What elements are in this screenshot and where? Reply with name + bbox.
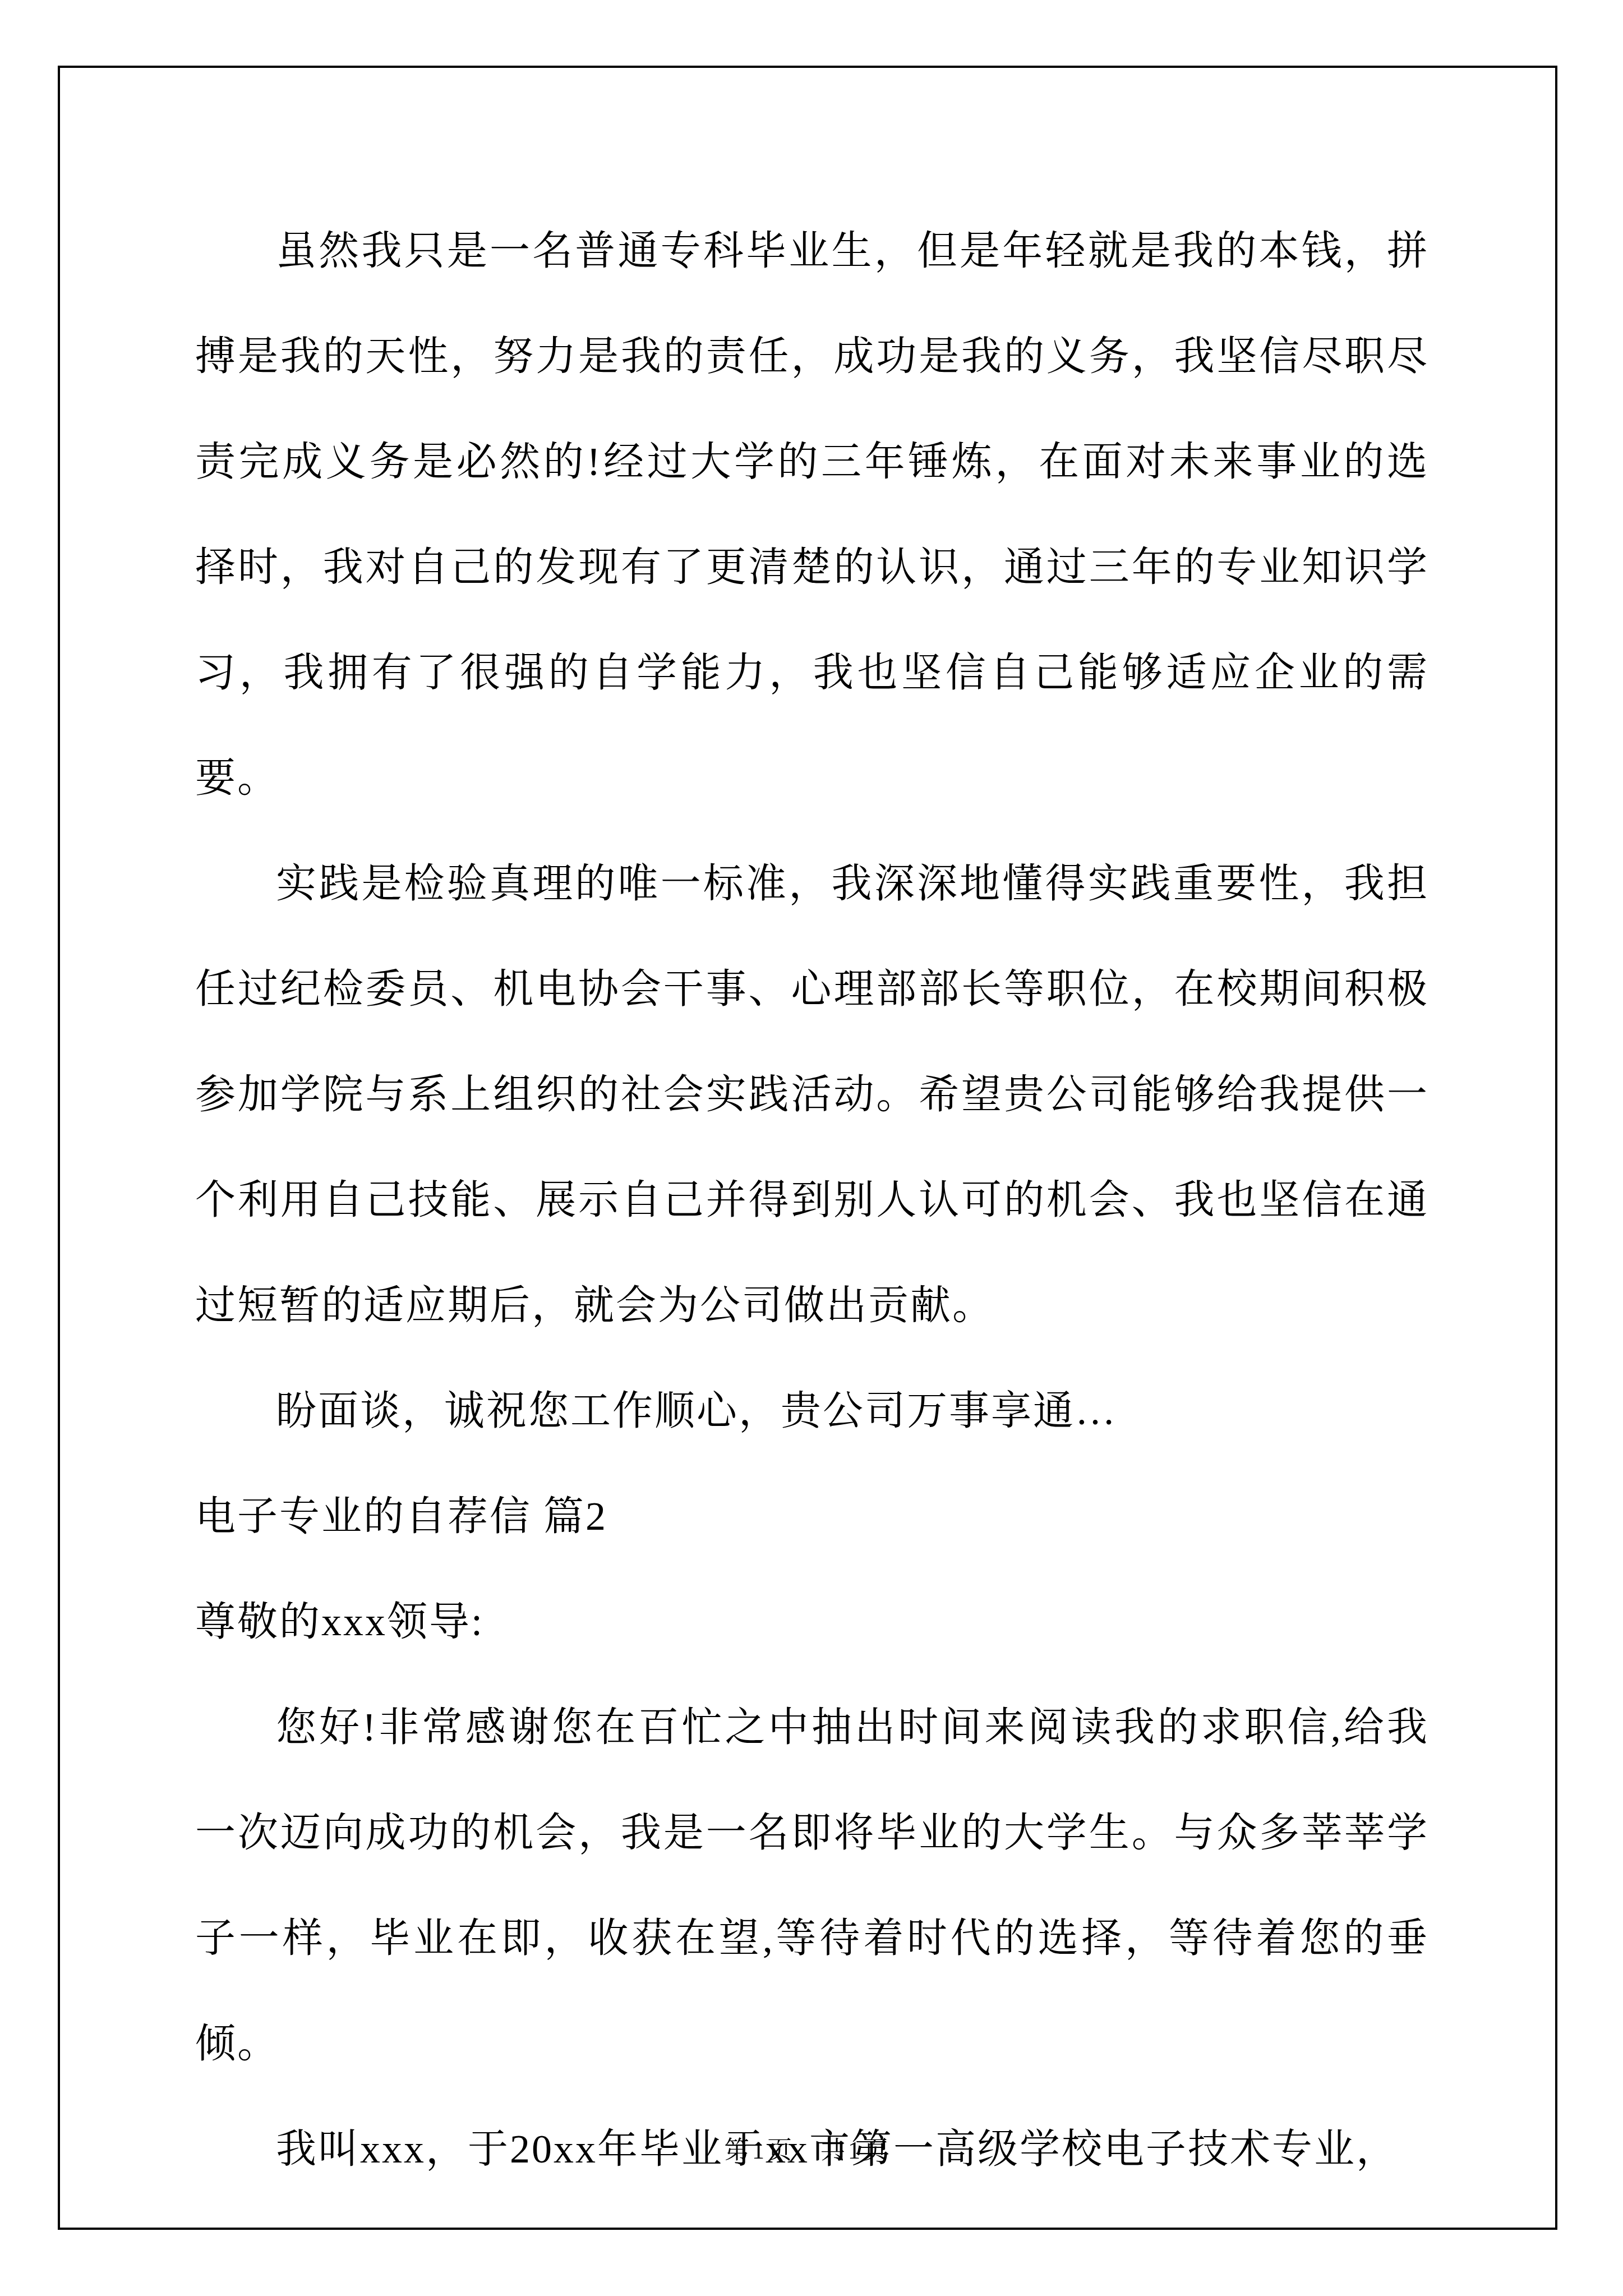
- page-number: 第1页: [725, 2137, 795, 2164]
- page-footer: 第1页共1页: [60, 2130, 1555, 2166]
- paragraph: 盼面谈，诚祝您工作顺心，贵公司万事享通…: [195, 1358, 1429, 1464]
- page-border-frame: 虽然我只是一名普通专科毕业生，但是年轻就是我的本钱，拼搏是我的天性，努力是我的责…: [58, 66, 1557, 2230]
- page: 虽然我只是一名普通专科毕业生，但是年轻就是我的本钱，拼搏是我的天性，努力是我的责…: [0, 0, 1623, 2296]
- paragraph: 虽然我只是一名普通专科毕业生，但是年轻就是我的本钱，拼搏是我的天性，努力是我的责…: [195, 198, 1429, 831]
- document-body: 虽然我只是一名普通专科毕业生，但是年轻就是我的本钱，拼搏是我的天性，努力是我的责…: [195, 198, 1429, 2202]
- paragraph: 您好!非常感谢您在百忙之中抽出时间来阅读我的求职信,给我一次迈向成功的机会，我是…: [195, 1674, 1429, 2096]
- paragraph: 尊敬的xxx领导:: [195, 1569, 1429, 1674]
- paragraph: 实践是检验真理的唯一标准，我深深地懂得实践重要性，我担任过纪检委员、机电协会干事…: [195, 831, 1429, 1358]
- total-pages: 共1页: [820, 2137, 891, 2164]
- paragraph: 电子专业的自荐信 篇2: [195, 1464, 1429, 1569]
